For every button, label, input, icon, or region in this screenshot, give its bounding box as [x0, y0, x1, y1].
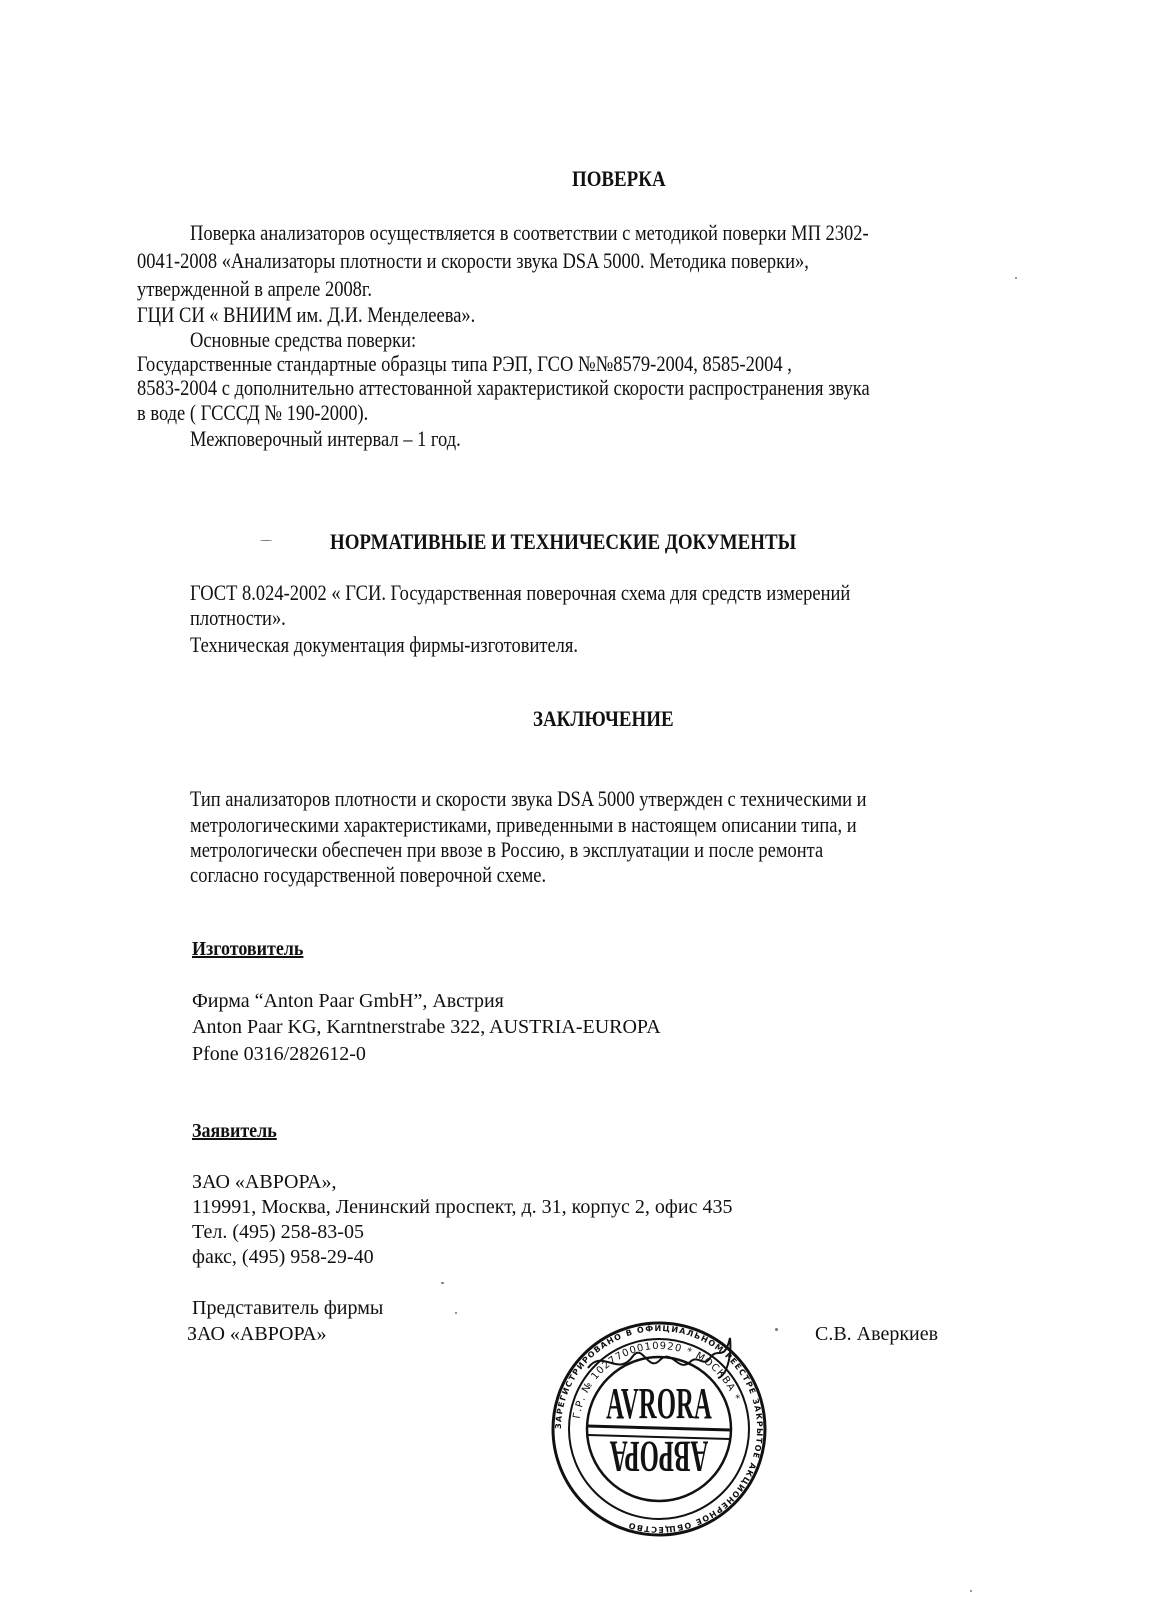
conclusion-line-1: Тип анализаторов плотности и скорости зв…: [190, 786, 867, 812]
signatory-name: С.В. Аверкиев: [815, 1322, 938, 1347]
conclusion-line-3: метрологически обеспечен при ввозе в Рос…: [190, 837, 823, 863]
conclusion-line-2: метрологическими характеристиками, приве…: [190, 812, 857, 838]
normative-line-2: плотности».: [190, 605, 286, 631]
section-title-conclusion: ЗАКЛЮЧЕНИЕ: [533, 706, 674, 732]
scan-speck: [970, 1590, 972, 1592]
manufacturer-heading: Изготовитель: [192, 938, 303, 961]
company-stamp-icon: ЗАРЕГИСТРИРОВАНО В ОФИЦИАЛЬНОМ РЕЕСТРЕ З…: [548, 1318, 770, 1540]
stamp-top-word: AVRORA: [606, 1379, 712, 1428]
manufacturer-line-2: Anton Paar KG, Karntnerstrabe 322, AUSTR…: [192, 1015, 661, 1040]
verification-line-7: 8583-2004 с дополнительно аттестованной …: [137, 375, 870, 401]
verification-line-6: Государственные стандартные образцы типа…: [137, 351, 792, 377]
section-title-verification: ПОВЕРКА: [572, 166, 666, 192]
scan-speck: [441, 1282, 444, 1284]
verification-line-4: ГЦИ СИ « ВНИИМ им. Д.И. Менделеева».: [137, 302, 475, 328]
normative-line-3: Техническая документация фирмы-изготовит…: [190, 632, 578, 658]
scan-speck: [455, 1312, 457, 1314]
verification-line-9: Межповерочный интервал – 1 год.: [190, 426, 461, 452]
verification-line-2: 0041-2008 «Анализаторы плотности и скоро…: [137, 248, 809, 274]
manufacturer-line-1: Фирма “Anton Paar GmbH”, Австрия: [192, 989, 504, 1014]
section-title-normative: НОРМАТИВНЫЕ И ТЕХНИЧЕСКИЕ ДОКУМЕНТЫ: [330, 529, 796, 555]
scan-speck: [1015, 277, 1017, 279]
scan-speck: [775, 1328, 778, 1331]
verification-line-1: Поверка анализаторов осуществляется в со…: [190, 220, 869, 246]
verification-line-5: Основные средства поверки:: [190, 327, 416, 353]
normative-line-1: ГОСТ 8.024-2002 « ГСИ. Государственная п…: [190, 580, 850, 606]
applicant-line-4: факс, (495) 958-29-40: [192, 1245, 374, 1270]
manufacturer-line-3: Pfone 0316/282612-0: [192, 1042, 366, 1067]
stamp-bottom-word: АВРОРА: [610, 1432, 709, 1481]
applicant-line-3: Тел. (495) 258-83-05: [192, 1220, 364, 1245]
applicant-line-1: ЗАО «АВРОРА»,: [192, 1170, 337, 1195]
signatory-role-line-1: Представитель фирмы: [192, 1296, 383, 1321]
scan-speck: [260, 540, 272, 541]
verification-line-3: утвержденной в апреле 2008г.: [137, 276, 372, 302]
applicant-heading: Заявитель: [192, 1120, 277, 1143]
applicant-line-2: 119991, Москва, Ленинский проспект, д. 3…: [192, 1195, 732, 1220]
verification-line-8: в воде ( ГСССД № 190-2000).: [137, 400, 368, 426]
signatory-role-line-2: ЗАО «АВРОРА»: [187, 1322, 327, 1347]
conclusion-line-4: согласно государственной поверочной схем…: [190, 862, 546, 888]
